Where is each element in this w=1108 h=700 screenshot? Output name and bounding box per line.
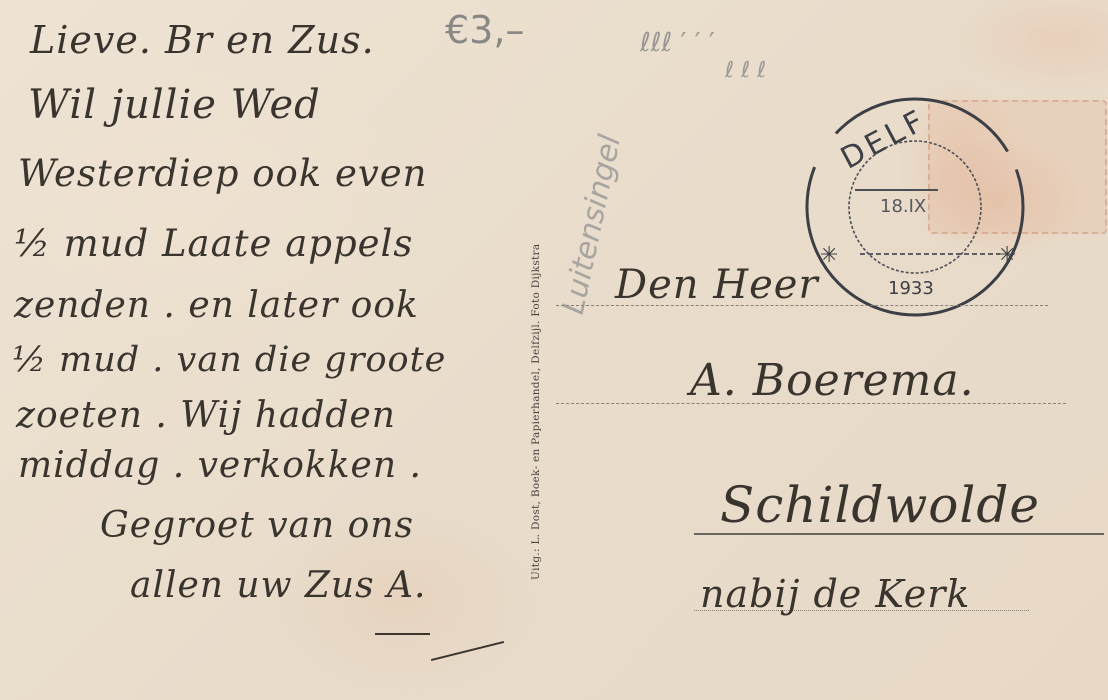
address-line-salutation: Den Heer [615, 262, 819, 308]
address-line-town: Schildwolde [720, 476, 1040, 534]
price-note: €3,– [445, 8, 524, 52]
address-line-name: A. Boerema. [690, 355, 975, 406]
message-line: Wil jullie Wed [28, 82, 321, 128]
postmark: ✳ ✳ DELF 18.IX 1933 [800, 92, 1030, 322]
message-line: Westerdiep ook even [18, 152, 427, 195]
message-line: zenden . en later ook [14, 285, 419, 326]
publisher-imprint: Uitg.: L. Dost, Boek- en Papierhandel, D… [530, 244, 542, 580]
pencil-marks: ℓℓℓ ′ ′ ′ [640, 28, 715, 58]
message-line: middag . verkokken . [18, 445, 422, 486]
signature-line: allen uw Zus A. [130, 565, 426, 606]
pencil-marks: ℓ ℓ ℓ [725, 58, 766, 83]
signature-flourish [431, 641, 504, 661]
postmark-year: 1933 [888, 278, 934, 299]
message-line: ½ mud . van die groote [12, 340, 446, 380]
signature-flourish [375, 633, 430, 635]
message-line: ½ mud Laate appels [14, 222, 413, 265]
message-line: Lieve. Br en Zus. [30, 18, 375, 62]
svg-text:✳: ✳ [820, 243, 838, 268]
address-line-detail: nabij de Kerk [700, 572, 970, 616]
greeting-line: Gegroet van ons [100, 505, 414, 546]
postmark-date: 18.IX [880, 196, 926, 217]
svg-text:✳: ✳ [998, 243, 1016, 268]
postcard-back: Lieve. Br en Zus. Wil jullie Wed Westerd… [0, 0, 1108, 700]
message-line: zoeten . Wij hadden [16, 395, 396, 436]
